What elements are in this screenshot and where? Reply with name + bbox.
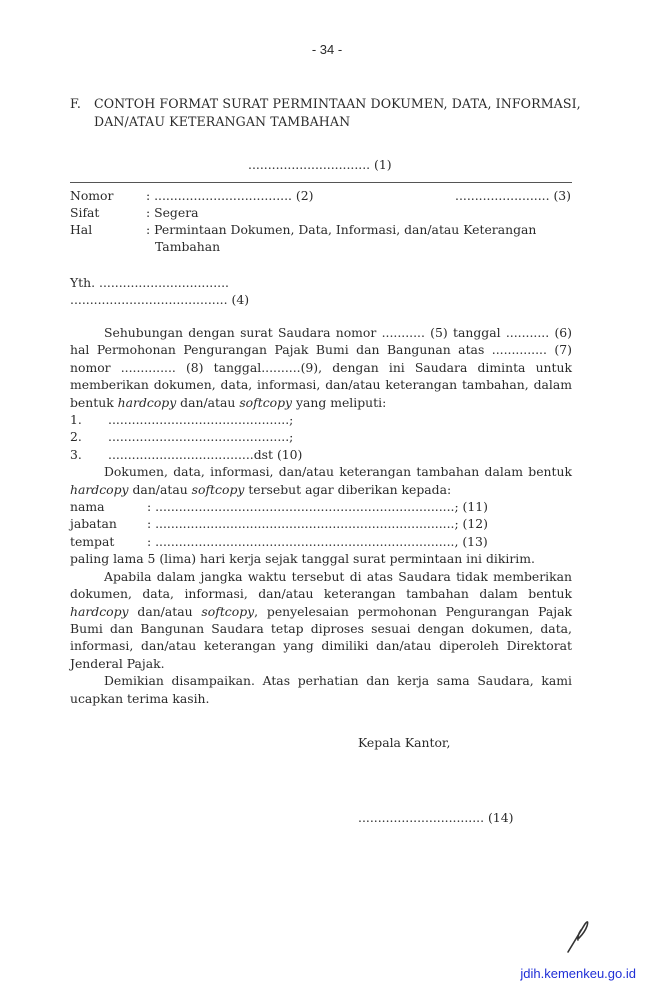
para1-line: memberikan dokumen, data, informasi, dan… — [70, 376, 572, 393]
para3-line: Bumi dan Bangunan Saudara tetap diproses… — [70, 620, 572, 637]
para3-line: Apabila dalam jangka waktu tersebut di a… — [70, 568, 572, 585]
para1-line: hal Permohonan Pengurangan Pajak Bumi da… — [70, 341, 572, 358]
deadline-line: paling lama 5 (lima) hari kerja sejak ta… — [70, 550, 572, 567]
recipient-line-2: ........................................… — [70, 292, 249, 307]
sifat-value: : Segera — [146, 205, 199, 220]
para1-last-line: bentuk hardcopy dan/atau softcopy yang m… — [70, 394, 572, 411]
paraf-signature-icon — [565, 918, 591, 954]
sifat-row: Sifat: Segera — [70, 205, 199, 220]
heading-line-2: DAN/ATAU KETERANGAN TAMBAHAN — [94, 113, 350, 131]
nomor-value: : ................................... (2… — [146, 188, 313, 203]
para3-line: hardcopy dan/atau softcopy, penyelesaian… — [70, 603, 572, 620]
signatory-title: Kepala Kantor, — [358, 735, 450, 750]
letter-date: ........................ (3) — [455, 188, 571, 203]
list-item: 1.......................................… — [70, 411, 572, 428]
watermark-link[interactable]: jdih.kemenkeu.go.id — [520, 966, 636, 981]
heading-line-1: CONTOH FORMAT SURAT PERMINTAAN DOKUMEN, … — [94, 95, 581, 113]
recipient-line-1: Yth. ................................. — [70, 275, 229, 290]
para3-line: Jenderal Pajak. — [70, 655, 572, 672]
hal-value: : Permintaan Dokumen, Data, Informasi, d… — [146, 222, 536, 237]
hal-row: Hal: Permintaan Dokumen, Data, Informasi… — [70, 222, 536, 237]
header-divider — [70, 182, 572, 183]
para1-line: nomor .............. (8) tanggal........… — [70, 359, 572, 376]
nomor-row: Nomor: .................................… — [70, 188, 313, 203]
place-date-placeholder: ............................... (1) — [248, 157, 392, 172]
field-jabatan: jabatan: ...............................… — [70, 515, 572, 532]
para3-line: dokumen, data, informasi, dan/atau keter… — [70, 585, 572, 602]
para3-line: informasi, dan/atau keterangan yang dimi… — [70, 637, 572, 654]
para2-line: Dokumen, data, informasi, dan/atau keter… — [70, 463, 572, 480]
hal-value-cont: Tambahan — [155, 239, 220, 254]
page-number: - 34 - — [0, 42, 654, 57]
signatory-name-placeholder: ................................ (14) — [358, 810, 513, 825]
letter-body: Sehubungan dengan surat Saudara nomor ..… — [70, 324, 572, 707]
field-tempat: tempat: ................................… — [70, 533, 572, 550]
list-item: 3......................................d… — [70, 446, 572, 463]
para4-line: Demikian disampaikan. Atas perhatian dan… — [70, 672, 572, 689]
para1-line: Sehubungan dengan surat Saudara nomor ..… — [70, 324, 572, 341]
nomor-label: Nomor — [70, 188, 146, 203]
para2-line: hardcopy dan/atau softcopy tersebut agar… — [70, 481, 572, 498]
para4-line: ucapkan terima kasih. — [70, 690, 572, 707]
section-heading: F. CONTOH FORMAT SURAT PERMINTAAN DOKUME… — [70, 95, 581, 131]
hal-label: Hal — [70, 222, 146, 237]
field-nama: nama: ..................................… — [70, 498, 572, 515]
sifat-label: Sifat — [70, 205, 146, 220]
heading-letter: F. — [70, 95, 94, 113]
list-item: 2.......................................… — [70, 428, 572, 445]
